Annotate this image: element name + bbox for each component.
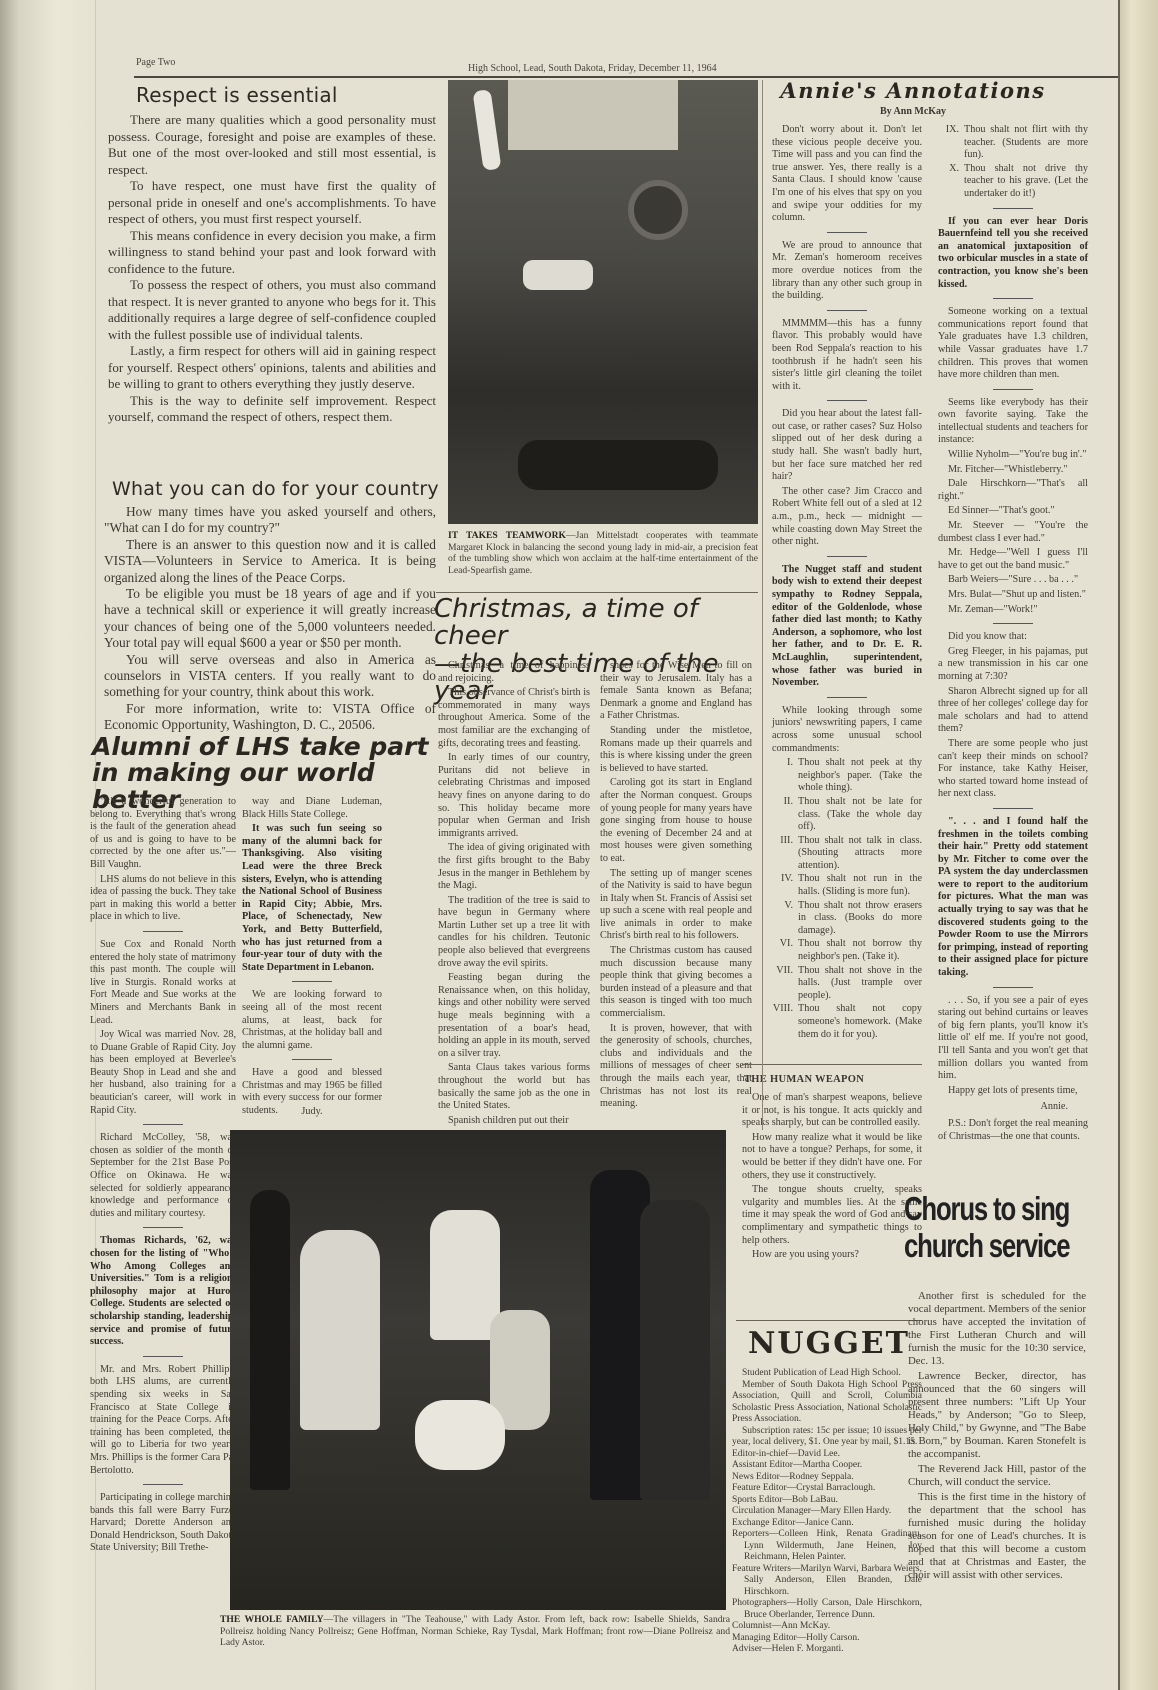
commandment-item: VI.Thou shalt not borrow thy neighbor's … (772, 938, 922, 963)
paragraph: Richard McColley, '58, was chosen as sol… (90, 1132, 236, 1220)
section-separator (143, 1356, 183, 1357)
paragraph: MMMMM—this has a funny flavor. This prob… (772, 318, 922, 394)
paragraph: Dale Hirschkorn—"That's all right." (938, 478, 1088, 503)
paragraph: The other case? Jim Cracco and Robert Wh… (772, 486, 922, 549)
paragraph: The setting up of manger scenes of the N… (600, 868, 752, 944)
paragraph: Participating in college marching bands … (90, 1492, 236, 1555)
paragraph: Someone working on a textual communicati… (938, 306, 1088, 382)
section-separator (827, 232, 867, 233)
paragraph: The Christmas custom has caused much dis… (600, 945, 752, 1021)
paragraph: The tongue shouts cruelty, speaks vulgar… (742, 1184, 922, 1247)
annie-headline: Annie's Annotations (768, 78, 1058, 103)
paragraph: Santa Claus takes various forms througho… (438, 1062, 590, 1112)
commandment-text: Thou shalt not drive thy teacher to his … (964, 163, 1088, 201)
paragraph: This observance of Christ's birth is com… (438, 687, 590, 750)
paragraph: Ed Sinner—"That's goot." (938, 505, 1088, 518)
paragraph: We are proud to announce that Mr. Zeman'… (772, 240, 922, 303)
paragraph: Thomas Richards, '62, was chosen for the… (90, 1235, 236, 1348)
commandments-list: I.Thou shalt not peek at thy neighbor's … (772, 757, 922, 1041)
commandment-number: IX. (938, 124, 964, 162)
paragraph: Lastly, a firm respect for others will a… (108, 343, 436, 393)
commandment-item: X.Thou shalt not drive thy teacher to hi… (938, 163, 1088, 201)
paragraph: If you can ever hear Doris Bauernfeind t… (938, 216, 1088, 292)
section-separator (827, 697, 867, 698)
section-separator (827, 400, 867, 401)
section-separator (292, 981, 332, 982)
staff-listing: Adviser—Helen F. Morganti. (732, 1644, 922, 1656)
teamwork-caption: IT TAKES TEAMWORK—Jan Mittelstadt cooper… (448, 530, 758, 576)
paragraph: Greg Fleeger, in his pajamas, put a new … (938, 646, 1088, 684)
christmas-column-1: Christmas—a time of happiness and rejoic… (438, 660, 590, 1129)
section-separator (143, 1227, 183, 1228)
paragraph: Feasting began during the Renaissance wh… (438, 972, 590, 1060)
section-separator (993, 298, 1033, 299)
commandment-number: I. (772, 757, 798, 795)
caption-lead: THE WHOLE FAMILY (220, 1614, 324, 1625)
commandments-list: IX.Thou shalt not flirt with thy teacher… (938, 124, 1088, 201)
paragraph: Mr. Zeman—"Work!" (938, 604, 1088, 617)
section-separator (993, 808, 1033, 809)
paragraph: Joy Wical was married Nov. 28, to Duane … (90, 1029, 236, 1117)
commandment-item: VII.Thou shalt not shove in the halls. (… (772, 965, 922, 1003)
staff-listing: Managing Editor—Holly Carson. (732, 1633, 922, 1645)
photo-person-shape (430, 1210, 500, 1340)
section-separator (143, 1124, 183, 1125)
staff-listing: Columnist—Ann McKay. (732, 1621, 922, 1633)
paragraph: way and Diane Ludeman, Black Hills State… (242, 796, 382, 821)
commandment-number: VI. (772, 938, 798, 963)
section-separator (292, 1059, 332, 1060)
paragraph: How many realize what it would be like n… (742, 1132, 922, 1182)
paragraph: Seems like everybody has their own favor… (938, 397, 1088, 447)
staff-listing: Exchange Editor—Janice Cann. (732, 1518, 922, 1530)
caption-rule (436, 592, 758, 593)
section-separator (993, 623, 1033, 624)
column-rule (762, 80, 763, 1130)
respect-headline: Respect is essential (136, 83, 338, 107)
page-binding-edge (1118, 0, 1158, 1690)
commandment-number: IV. (772, 873, 798, 898)
paragraph: . . . So, if you see a pair of eyes star… (938, 995, 1088, 1083)
photo-person-shape (250, 1190, 290, 1490)
paragraph: Sharon Albrecht signed up for all three … (938, 686, 1088, 736)
chorus-headline: Chorus to sing church service (904, 1190, 1134, 1264)
paragraph: LHS alums do not believe in this idea of… (90, 874, 236, 924)
paragraph: Did you hear about the latest fall-out c… (772, 408, 922, 484)
nugget-title: NUGGET (736, 1326, 922, 1361)
paragraph: To be eligible you must be 18 years of a… (104, 586, 436, 652)
caption-lead: IT TAKES TEAMWORK (448, 530, 566, 541)
photo-body-shape (523, 260, 593, 290)
paragraph: Mr. Steever — "You're the dumbest class … (938, 520, 1088, 545)
paragraph: Happy get lots of presents time, (938, 1085, 1088, 1098)
photo-mat-shape (518, 440, 718, 490)
commandment-text: Thou shalt not flirt with thy teacher. (… (964, 124, 1088, 162)
paragraph: You will serve overseas and also in Amer… (104, 652, 436, 701)
paragraph: Don't worry about it. Don't let these vi… (772, 124, 922, 225)
commandment-text: Thou shalt not shove in the halls. (Just… (798, 965, 922, 1003)
paragraph: We are looking forward to seeing all of … (242, 989, 382, 1052)
alumni-column-1: "It's a wonderful generation to belong t… (90, 796, 236, 1557)
staff-listing: Feature Writers—Marilyn Warvi, Barbara W… (732, 1564, 922, 1599)
chorus-headline-line1: Chorus to sing (904, 1190, 1083, 1227)
paragraph: The tradition of the tree is said to hav… (438, 895, 590, 971)
commandment-number: II. (772, 796, 798, 834)
paragraph: It was such fun seeing so many of the al… (242, 823, 382, 974)
paragraph: shoes for the Wise Men to fill on their … (600, 660, 752, 723)
masthead-line: Subscription rates: 15c per issue; 10 is… (732, 1426, 922, 1449)
staff-listing: Circulation Manager—Mary Ellen Hardy. (732, 1506, 922, 1518)
section-separator (827, 556, 867, 557)
photo-goat-shape (415, 1400, 505, 1470)
staff-listing: Assistant Editor—Martha Cooper. (732, 1460, 922, 1472)
paragraph: Spanish children put out their (438, 1115, 590, 1128)
alumni-headline-line1: Alumni of LHS take part (92, 734, 432, 760)
section-separator (993, 987, 1033, 988)
commandment-item: II.Thou shalt not be late for class. (Ta… (772, 796, 922, 834)
paragraph: Willie Nyholm—"You're bug in'." (938, 449, 1088, 462)
paragraph: While looking through some juniors' news… (772, 705, 922, 755)
commandment-text: Thou shalt not peek at thy neighbor's pa… (798, 757, 922, 795)
staff-listing: Feature Editor—Crystal Barraclough. (732, 1483, 922, 1495)
paragraph: Did you know that: (938, 631, 1088, 644)
staff-listing: Editor-in-chief—David Lee. (732, 1449, 922, 1461)
photo-leg-shape (473, 89, 502, 171)
paragraph: This is the way to definite self improve… (108, 393, 436, 426)
commandment-number: III. (772, 835, 798, 873)
commandment-number: X. (938, 163, 964, 201)
page-left-margin (0, 0, 95, 1690)
commandment-text: Thou shalt not talk in class. (Shouting … (798, 835, 922, 873)
paragraph: There is an answer to this question now … (104, 537, 436, 586)
paragraph: There are many qualities which a good pe… (108, 112, 436, 178)
section-separator (827, 310, 867, 311)
commandment-number: VII. (772, 965, 798, 1003)
weapon-rule (742, 1064, 922, 1065)
staff-listing: Reporters—Colleen Hink, Renata Gradinaru… (732, 1529, 922, 1564)
paragraph: This means confidence in every decision … (108, 228, 436, 278)
paragraph: Mr. Fitcher—"Whistleberry." (938, 464, 1088, 477)
commandment-text: Thou shalt not borrow thy neighbor's pen… (798, 938, 922, 963)
paragraph: The Reverend Jack Hill, pastor of the Ch… (908, 1463, 1086, 1489)
paragraph: How are you using yours? (742, 1249, 922, 1262)
masthead-line: Member of South Dakota High School Press… (732, 1380, 922, 1426)
annie-column-1: Don't worry about it. Don't let these vi… (772, 124, 922, 1042)
paragraph: The Nugget staff and student body wish t… (772, 564, 922, 690)
paragraph: This is the first time in the history of… (908, 1491, 1086, 1582)
teamwork-photo (448, 80, 758, 524)
paragraph: The idea of giving originated with the f… (438, 842, 590, 892)
paragraph: There are some people who just can't kee… (938, 738, 1088, 801)
weapon-article: One of man's sharpest weapons, believe i… (742, 1092, 922, 1264)
commandment-item: IX.Thou shalt not flirt with thy teacher… (938, 124, 1088, 162)
christmas-headline-line1: Christmas, a time of cheer (434, 596, 764, 651)
commandment-text: Thou shalt not run in the halls. (Slidin… (798, 873, 922, 898)
newspaper-page: Page Two High School, Lead, South Dakota… (96, 0, 1118, 1690)
paragraph: Sue Cox and Ronald North entered the hol… (90, 939, 236, 1027)
alumni-signature: Judy. (242, 1106, 382, 1119)
country-article: How many times have you asked yourself a… (104, 504, 436, 734)
commandment-number: VIII. (772, 1003, 798, 1041)
paragraph: Mr. and Mrs. Robert Phillips, both LHS a… (90, 1364, 236, 1477)
commandment-text: Thou shalt not be late for class. (Take … (798, 796, 922, 834)
section-separator (993, 389, 1033, 390)
page-number: Page Two (136, 57, 175, 68)
paragraph: In early times of our country, Puritans … (438, 752, 590, 840)
commandment-item: IV.Thou shalt not run in the halls. (Sli… (772, 873, 922, 898)
paragraph: To have respect, one must have first the… (108, 178, 436, 228)
paragraph: One of man's sharpest weapons, believe i… (742, 1092, 922, 1130)
commandment-item: I.Thou shalt not peek at thy neighbor's … (772, 757, 922, 795)
annie-column-2: IX.Thou shalt not flirt with thy teacher… (938, 124, 1088, 1145)
paragraph: Another first is scheduled for the vocal… (908, 1290, 1086, 1368)
section-separator (143, 931, 183, 932)
paragraph: To possess the respect of others, you mu… (108, 277, 436, 343)
commandment-item: V.Thou shalt not throw erasers in class.… (772, 900, 922, 938)
paragraph: "It's a wonderful generation to belong t… (90, 796, 236, 872)
dateline: High School, Lead, South Dakota, Friday,… (468, 63, 717, 74)
paragraph: Barb Weiers—"Sure . . . ba . . ." (938, 574, 1088, 587)
country-headline: What you can do for your country (112, 478, 439, 500)
paragraph: It is proven, however, that with the gen… (600, 1023, 752, 1111)
commandment-text: Thou shalt not copy someone's homework. … (798, 1003, 922, 1041)
paragraph: For more information, write to: VISTA Of… (104, 701, 436, 734)
masthead-line: Student Publication of Lead High School. (732, 1368, 922, 1380)
paragraph: Lawrence Becker, director, has announced… (908, 1370, 1086, 1461)
paragraph: Christmas—a time of happiness and rejoic… (438, 660, 590, 685)
annie-postscript: P.S.: Don't forget the real meaning of C… (938, 1118, 1088, 1143)
staff-listing: Sports Editor—Bob LaBau. (732, 1495, 922, 1507)
paragraph: Caroling got its start in England after … (600, 777, 752, 865)
paragraph: ". . . and I found half the freshmen in … (938, 816, 1088, 980)
annie-byline: By Ann McKay (768, 106, 1058, 117)
commandment-text: Thou shalt not throw erasers in class. (… (798, 900, 922, 938)
commandment-item: III.Thou shalt not talk in class. (Shout… (772, 835, 922, 873)
masthead-rule (736, 1320, 922, 1321)
section-separator (143, 1484, 183, 1485)
paragraph: Mr. Hedge—"Well I guess I'll have to get… (938, 547, 1088, 572)
photo-person-shape (640, 1200, 710, 1500)
respect-article: There are many qualities which a good pe… (108, 112, 436, 426)
staff-listing: News Editor—Rodney Seppala. (732, 1472, 922, 1484)
family-photo (230, 1130, 726, 1610)
chorus-article: Another first is scheduled for the vocal… (908, 1290, 1086, 1584)
staff-listing: Photographers—Holly Carson, Dale Hirschk… (732, 1598, 922, 1621)
paragraph: Mrs. Bulat—"Shut up and listen." (938, 589, 1088, 602)
chorus-headline-line2: church service (904, 1227, 1083, 1264)
photo-target-shape (628, 180, 688, 240)
alumni-column-2: way and Diane Ludeman, Black Hills State… (242, 796, 382, 1120)
family-caption: THE WHOLE FAMILY—The villagers in "The T… (220, 1614, 730, 1649)
section-separator (993, 208, 1033, 209)
paragraph: Standing under the mistletoe, Romans mad… (600, 725, 752, 775)
christmas-column-2: shoes for the Wise Men to fill on their … (600, 660, 752, 1113)
photo-window-shape (508, 80, 678, 150)
commandment-item: VIII.Thou shalt not copy someone's homew… (772, 1003, 922, 1041)
paragraph: How many times have you asked yourself a… (104, 504, 436, 537)
commandment-number: V. (772, 900, 798, 938)
annie-signoff: Annie. (938, 1101, 1088, 1114)
nugget-masthead: Student Publication of Lead High School.… (732, 1368, 922, 1656)
photo-person-shape (300, 1230, 380, 1430)
